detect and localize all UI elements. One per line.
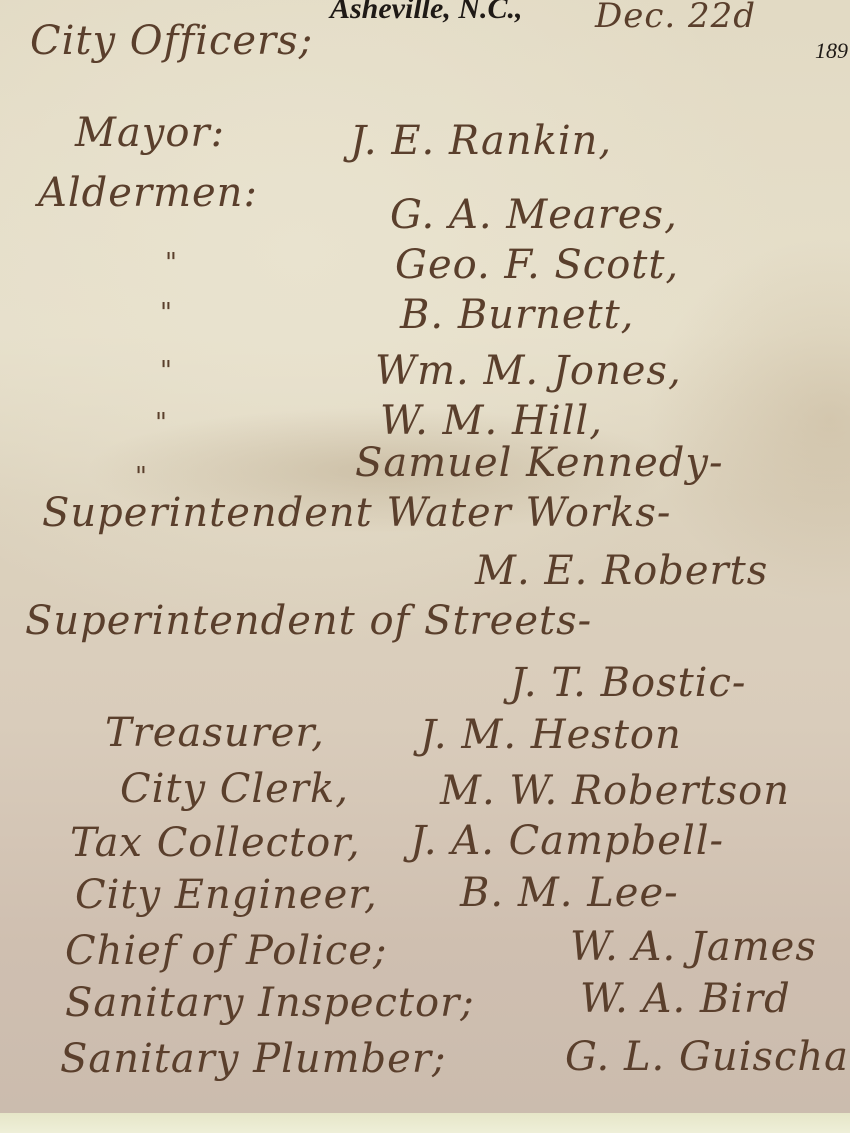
- officer-name-mayor: J. E. Rankin,: [350, 118, 612, 164]
- officer-name-city-engineer: B. M. Lee-: [460, 870, 679, 916]
- officer-title-mayor: Mayor:: [75, 110, 225, 156]
- officer-title-tax-collector: Tax Collector,: [70, 820, 361, 866]
- officer-title-treasurer: Treasurer,: [105, 710, 325, 756]
- officer-name-sanitary-inspector: W. A. Bird: [580, 976, 791, 1022]
- officer-name-alderman-2: Geo. F. Scott,: [395, 242, 679, 288]
- background-surface: [0, 1113, 850, 1133]
- ditto-mark: ": [160, 298, 172, 328]
- officer-title-sanitary-plumber: Sanitary Plumber;: [60, 1036, 446, 1082]
- officer-name-alderman-1: G. A. Meares,: [390, 192, 678, 238]
- officer-title-sanitary-inspector: Sanitary Inspector;: [65, 980, 475, 1026]
- ditto-mark: ": [135, 462, 147, 492]
- officer-name-alderman-5: W. M. Hill,: [380, 398, 603, 444]
- officer-name-alderman-3: B. Burnett,: [400, 292, 634, 338]
- officer-name-treasurer: J. M. Heston: [420, 712, 682, 758]
- officer-name-sanitary-plumber: G. L. Guischard: [565, 1034, 850, 1080]
- officer-title-city-clerk: City Clerk,: [120, 766, 349, 812]
- officer-title-aldermen: Aldermen:: [38, 170, 258, 216]
- officer-title-chief-of-police: Chief of Police;: [65, 928, 387, 974]
- officer-title-supt-streets: Superintendent of Streets-: [25, 598, 592, 644]
- officer-name-supt-streets: J. T. Bostic-: [510, 660, 746, 706]
- letterhead-date: Dec. 22d: [595, 0, 756, 36]
- officer-name-city-clerk: M. W. Robertson: [440, 768, 790, 814]
- letter-page: Asheville, N.C., Dec. 22d 189 City Offic…: [0, 0, 850, 1115]
- officer-name-chief-of-police: W. A. James: [570, 924, 817, 970]
- heading-city-officers: City Officers;: [30, 18, 313, 64]
- officer-name-tax-collector: J. A. Campbell-: [410, 818, 724, 864]
- letterhead-place: Asheville, N.C.,: [330, 0, 523, 26]
- letterhead-year: 189: [815, 38, 848, 64]
- ditto-mark: ": [165, 248, 177, 278]
- ditto-mark: ": [155, 408, 167, 438]
- officer-name-alderman-4: Wm. M. Jones,: [375, 348, 682, 394]
- officer-title-supt-water-works: Superintendent Water Works-: [42, 490, 671, 536]
- ditto-mark: ": [160, 356, 172, 386]
- officer-title-city-engineer: City Engineer,: [75, 872, 378, 918]
- officer-name-supt-water-works: M. E. Roberts: [475, 548, 768, 594]
- officer-name-alderman-6: Samuel Kennedy-: [355, 440, 724, 486]
